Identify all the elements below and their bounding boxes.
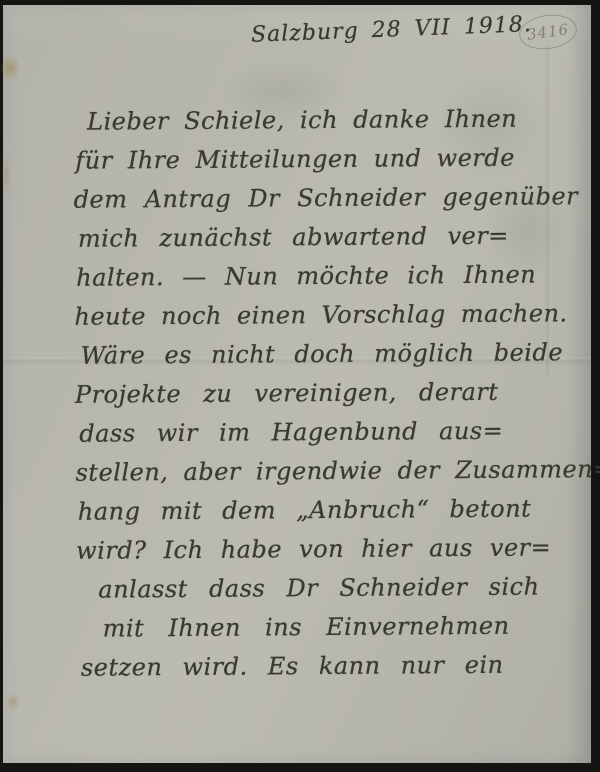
letter-line: halten. — Nun möchte ich Ihnen	[76, 255, 572, 297]
letter-line: für Ihre Mitteilungen und werde	[75, 138, 571, 180]
letter-line: Projekte zu vereinigen, derart	[75, 372, 573, 414]
letter-line: stellen, aber irgendwie der Zusammen=	[75, 450, 573, 492]
letter-line: mich zunächst abwartend ver=	[78, 216, 572, 258]
letter-line: Wäre es nicht doch möglich beide	[81, 333, 573, 375]
stain	[0, 55, 21, 81]
letter-line: hang mit dem „Anbruch“ betont	[78, 489, 574, 531]
dateline: Salzburg 28 VII 1918.	[251, 13, 502, 48]
stain	[0, 155, 12, 195]
scan-frame: Salzburg 28 VII 1918. 3416 Lieber Schiel…	[0, 0, 600, 772]
letter-line: wird? Ich habe von hier aus ver=	[76, 528, 574, 570]
letter-paper: Salzburg 28 VII 1918. 3416 Lieber Schiel…	[3, 5, 591, 763]
letter-line: heute noch einen Vorschlag machen.	[74, 294, 572, 336]
letter-line: anlasst dass Dr Schneider sich	[98, 567, 574, 609]
archival-number: 3416	[526, 20, 570, 44]
letter-body: Lieber Schiele, ich danke Ihnen für Ihre…	[71, 99, 575, 687]
letter-line: dem Antrag Dr Schneider gegenüber	[74, 177, 572, 219]
letter-line: setzen wird. Es kann nur ein	[81, 645, 575, 687]
stain	[5, 693, 21, 711]
letter-line: mit Ihnen ins Einvernehmen	[103, 606, 575, 648]
letter-line: Lieber Schiele, ich danke Ihnen	[87, 99, 571, 141]
letter-line: dass wir im Hagenbund aus=	[79, 411, 573, 453]
